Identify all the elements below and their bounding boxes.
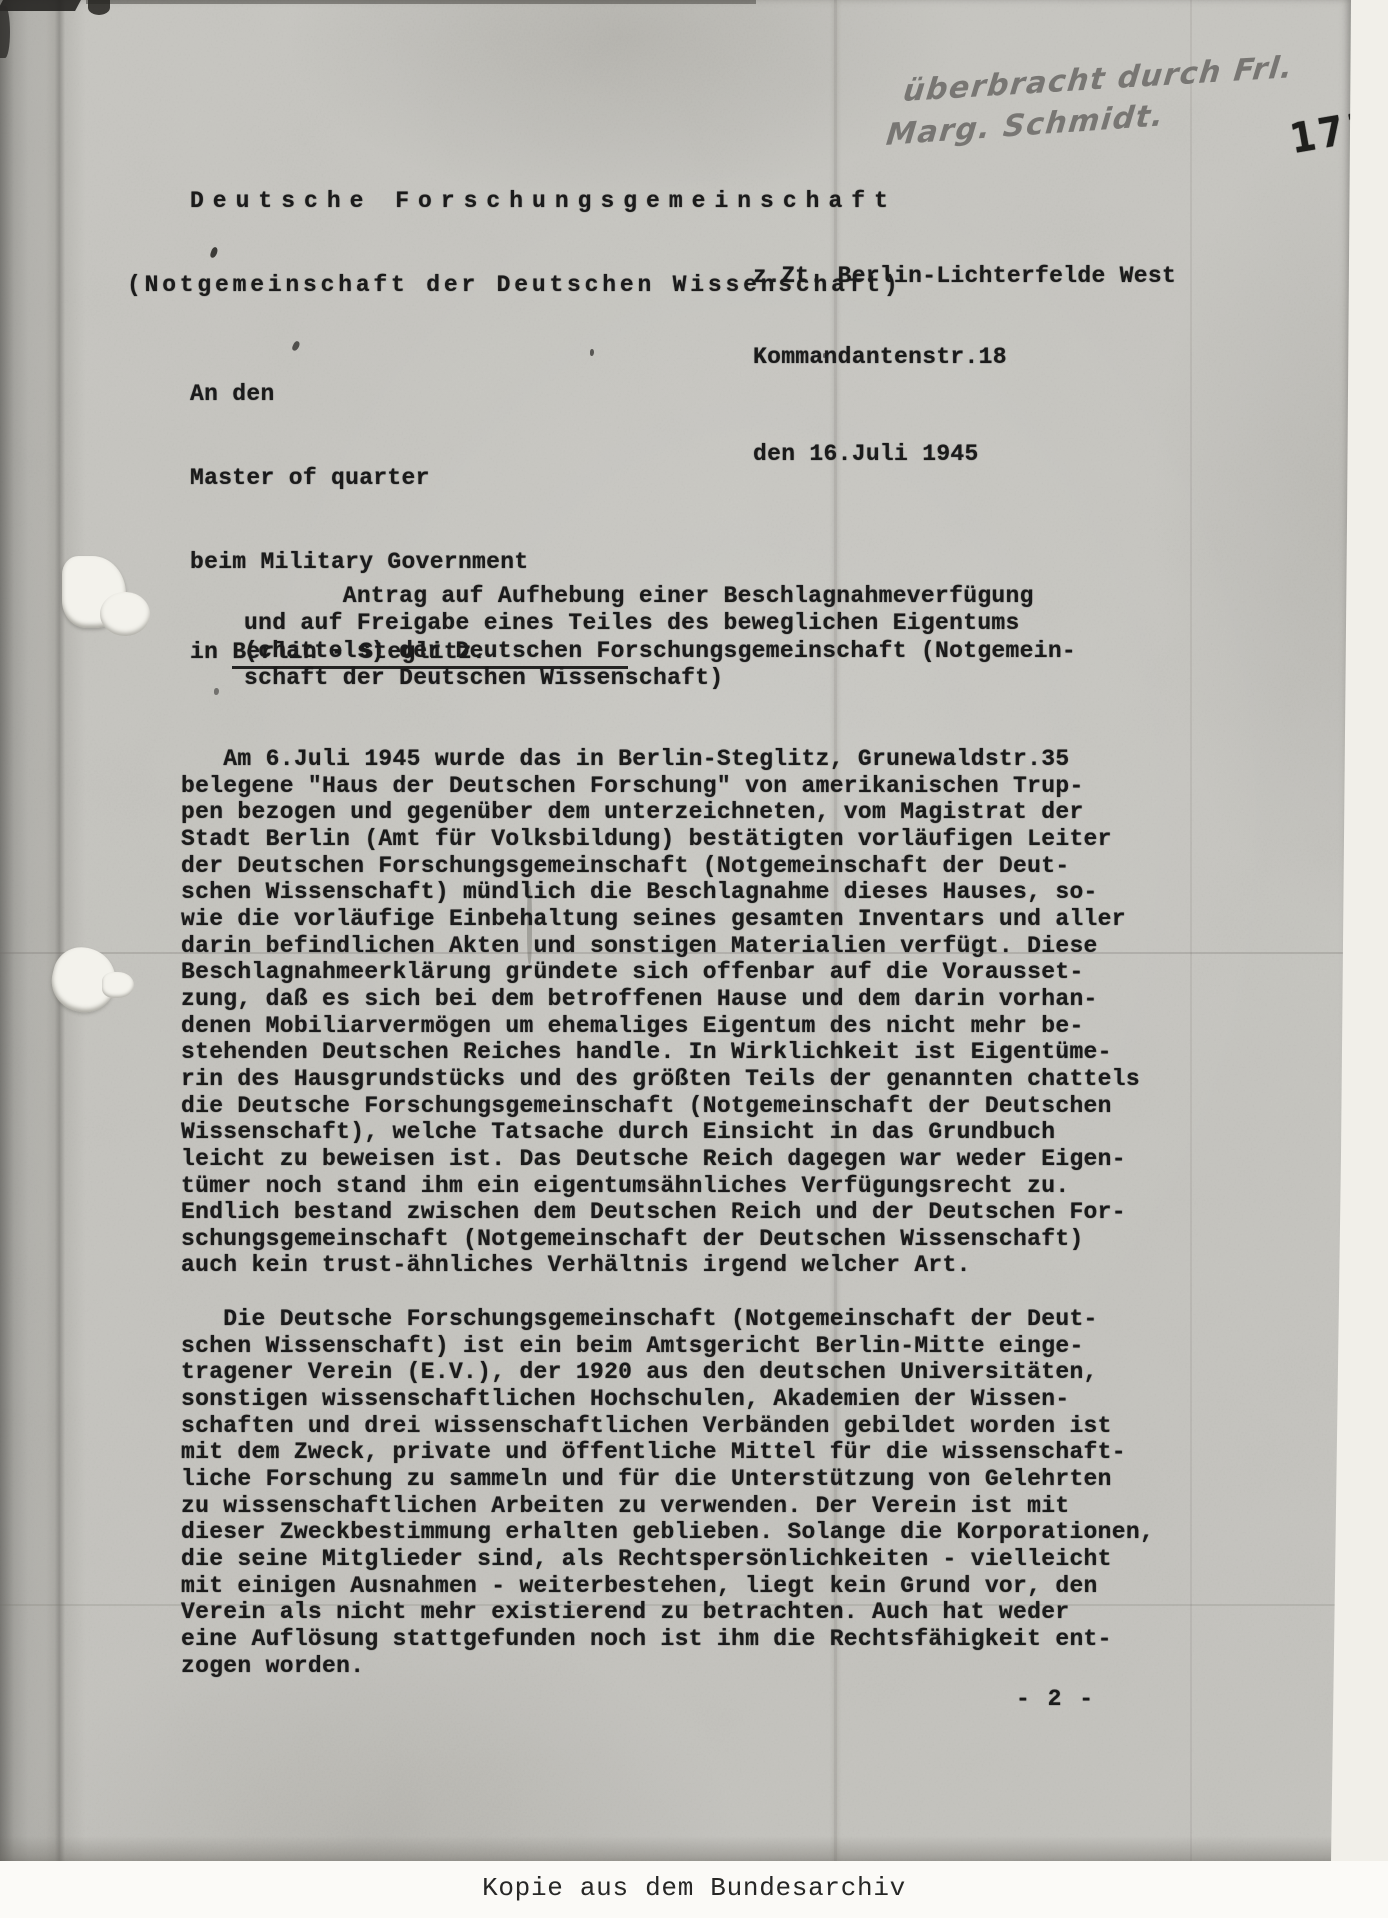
archive-footer-text: Kopie aus dem Bundesarchiv [482, 1873, 906, 1903]
bottom-edge-shadow [0, 1836, 1352, 1862]
body-paragraph-1: Am 6.Juli 1945 wurde das in Berlin-Stegl… [181, 746, 1140, 1279]
corner-ink-mark [0, 6, 10, 58]
date-line: den 16.Juli 1945 [753, 441, 1176, 468]
punch-hole-upper-tear [100, 592, 150, 636]
next-page-marker: - 2 - [1016, 1686, 1095, 1712]
fold-crease-left [28, 0, 86, 1862]
subject-block: Antrag auf Aufhebung einer Beschlagnahme… [244, 583, 1076, 692]
body-paragraph-2: Die Deutsche Forschungsgemeinschaft (Not… [181, 1306, 1154, 1679]
recipient-line: Master of quarter [190, 464, 628, 492]
recipient-city-prefix: in [190, 639, 232, 665]
folio-number-stamp: 171 [1286, 101, 1379, 163]
place-date-block: z.Zt. Berlin-Lichterfelde West Kommandan… [753, 209, 1176, 522]
handwritten-annotation-line1: überbracht durch Frl. [901, 50, 1295, 109]
corner-ink-mark [88, 0, 110, 15]
street-line: Kommandantenstr.18 [753, 344, 1176, 371]
fold-crease-vertical-faint [1190, 0, 1192, 1862]
top-edge-shadow [86, 0, 756, 4]
corner-ink-mark [0, 0, 81, 11]
recipient-line: beim Military Government [190, 548, 628, 576]
document-scan: überbracht durch Frl. Marg. Schmidt. 171… [0, 0, 1388, 1918]
archive-footer: Kopie aus dem Bundesarchiv [0, 1861, 1388, 1918]
place-line: z.Zt. Berlin-Lichterfelde West [753, 263, 1176, 290]
punch-hole-lower-tear [102, 972, 134, 998]
letter-page: überbracht durch Frl. Marg. Schmidt. 171… [0, 0, 1352, 1862]
recipient-line: An den [190, 380, 628, 408]
